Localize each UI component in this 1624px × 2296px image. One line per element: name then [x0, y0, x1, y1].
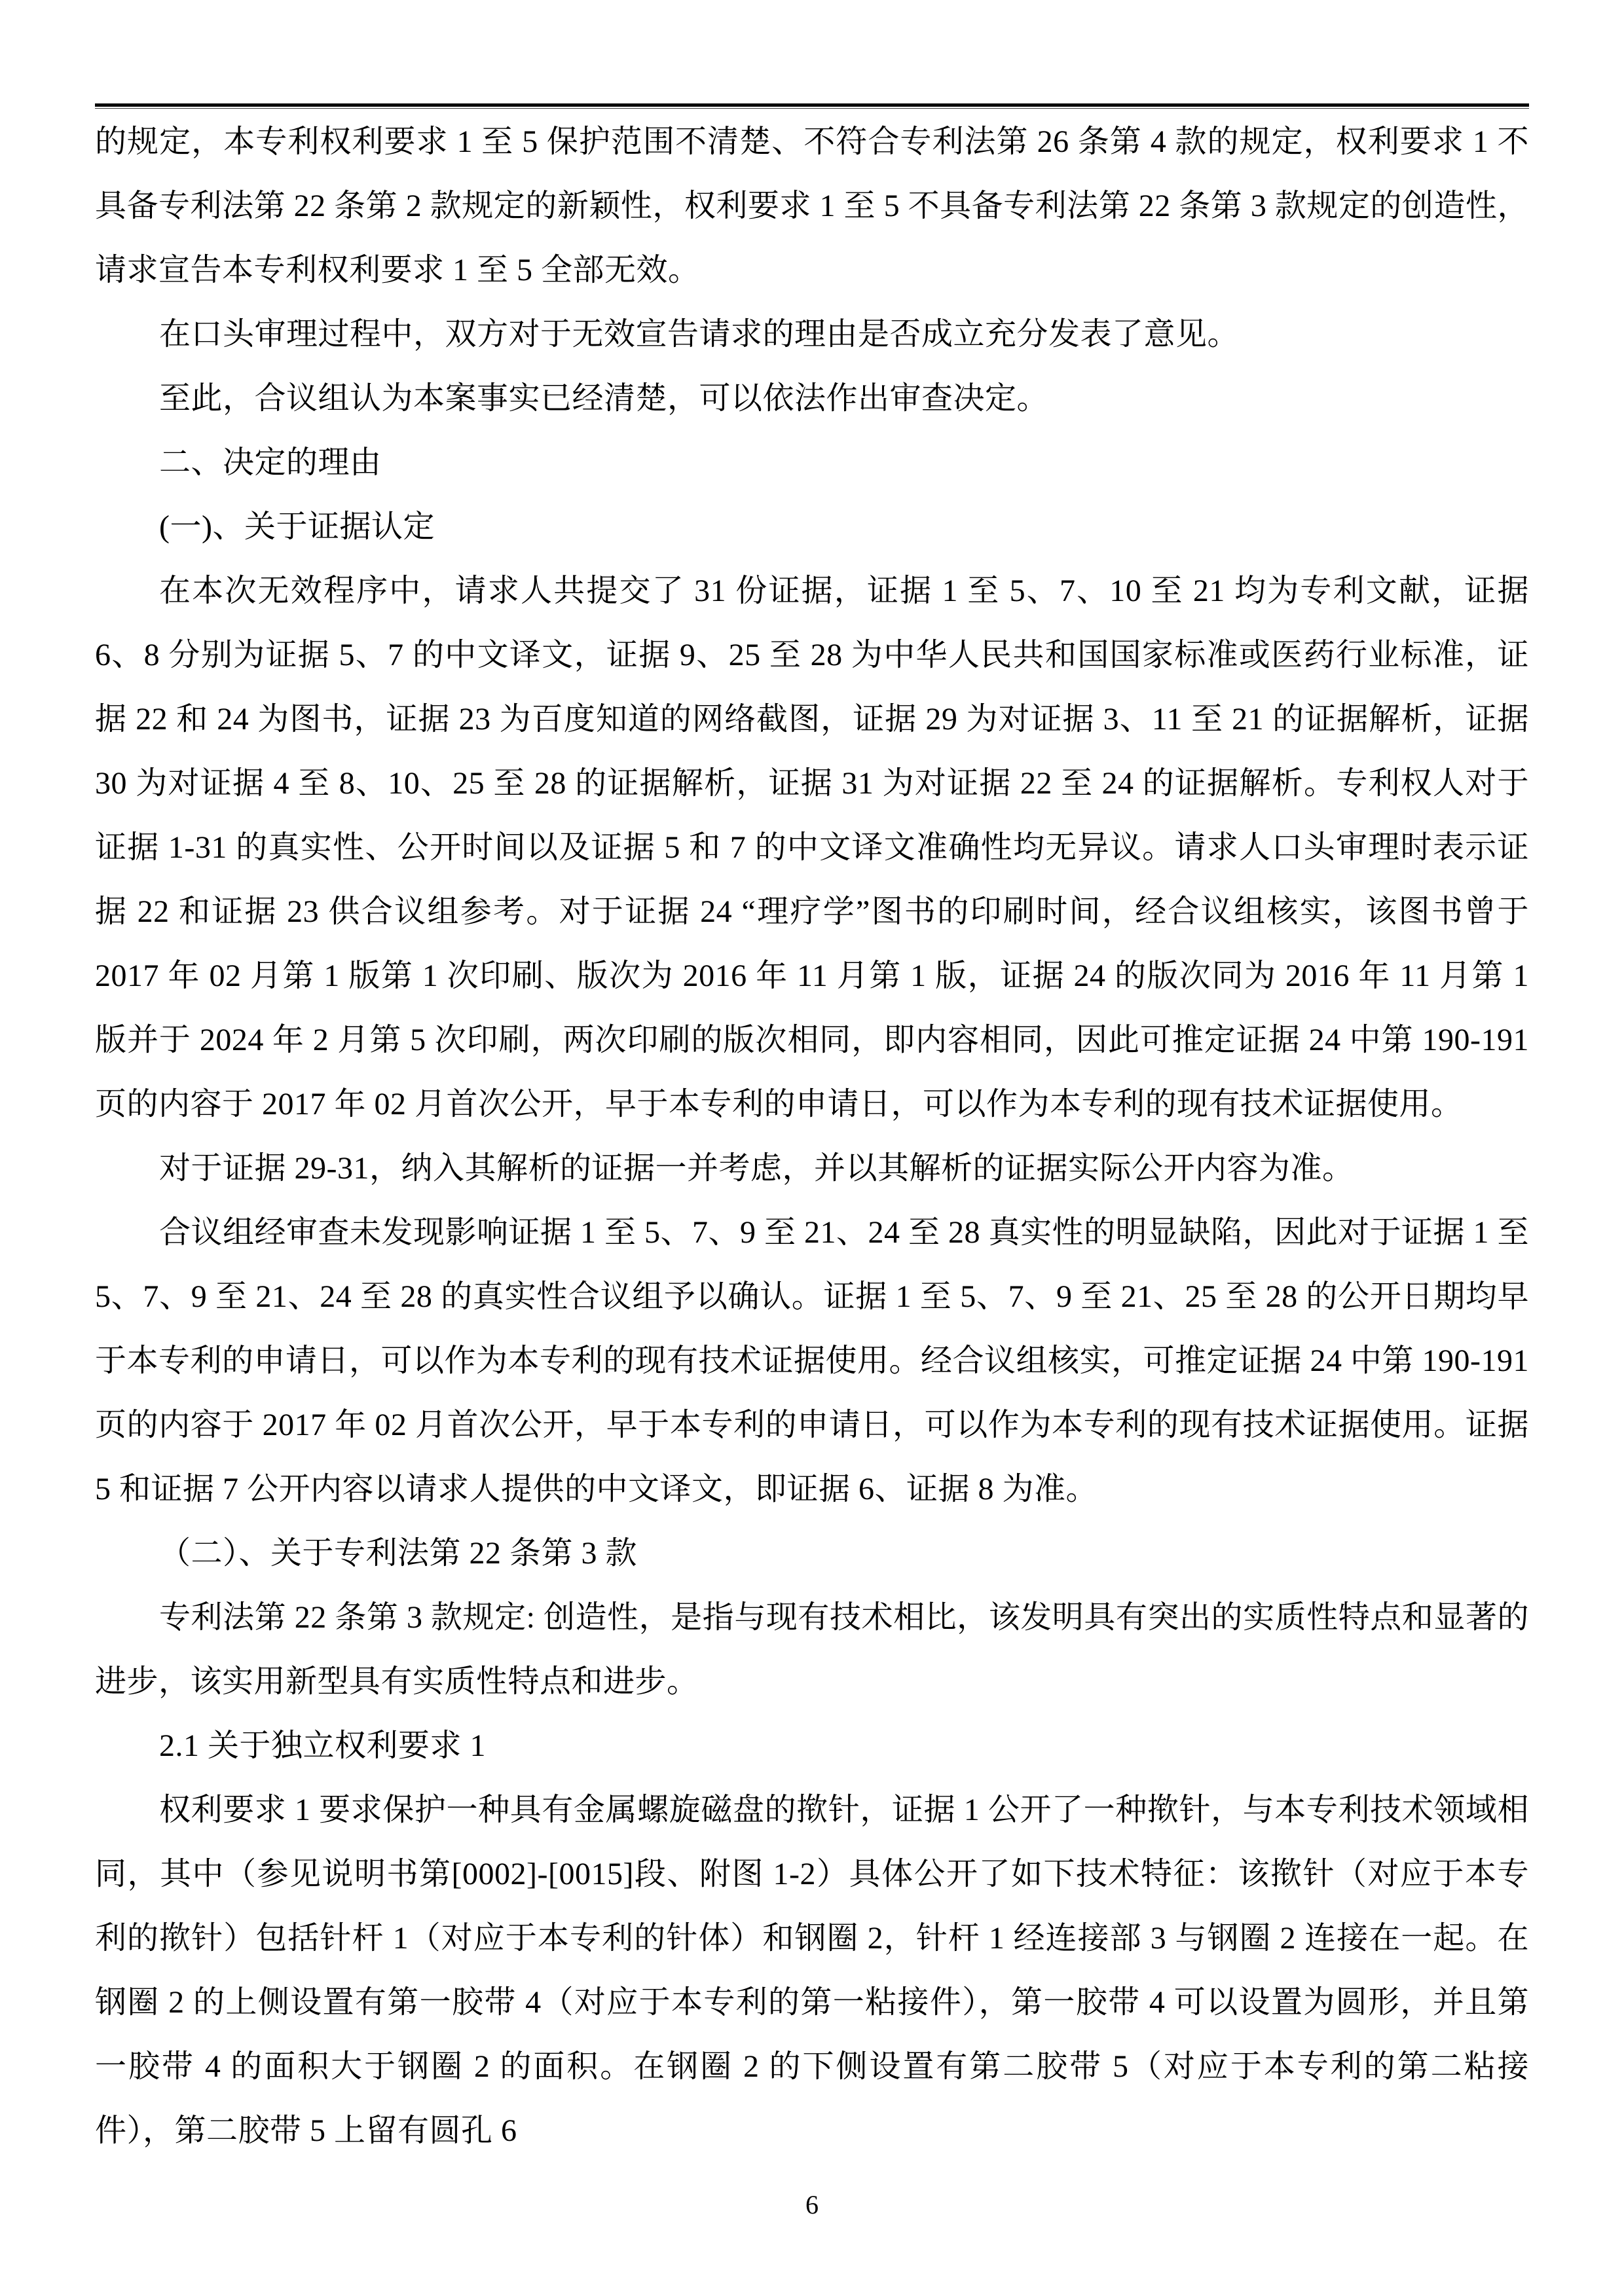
paragraph-5: (一)、关于证据认定	[95, 495, 1529, 559]
document-page: 的规定，本专利权利要求 1 至 5 保护范围不清楚、不符合专利法第 26 条第 …	[0, 0, 1624, 2296]
paragraph-1: 的规定，本专利权利要求 1 至 5 保护范围不清楚、不符合专利法第 26 条第 …	[95, 110, 1529, 302]
paragraph-2: 在口头审理过程中，双方对于无效宣告请求的理由是否成立充分发表了意见。	[95, 302, 1529, 367]
document-body: 的规定，本专利权利要求 1 至 5 保护范围不清楚、不符合专利法第 26 条第 …	[95, 110, 1529, 2163]
paragraph-6: 在本次无效程序中，请求人共提交了 31 份证据，证据 1 至 5、7、10 至 …	[95, 559, 1529, 1137]
paragraph-9: （二）、关于专利法第 22 条第 3 款	[95, 1522, 1529, 1586]
paragraph-12: 权利要求 1 要求保护一种具有金属螺旋磁盘的揿针，证据 1 公开了一种揿针，与本…	[95, 1778, 1529, 2163]
paragraph-11: 2.1 关于独立权利要求 1	[95, 1714, 1529, 1778]
paragraph-10: 专利法第 22 条第 3 款规定: 创造性，是指与现有技术相比，该发明具有突出的…	[95, 1586, 1529, 1714]
paragraph-8: 合议组经审查未发现影响证据 1 至 5、7、9 至 21、24 至 28 真实性…	[95, 1201, 1529, 1522]
paragraph-4: 二、决定的理由	[95, 431, 1529, 495]
paragraph-7: 对于证据 29-31，纳入其解析的证据一并考虑，并以其解析的证据实际公开内容为准…	[95, 1137, 1529, 1201]
paragraph-3: 至此，合议组认为本案事实已经清楚，可以依法作出审查决定。	[95, 367, 1529, 431]
header-rule	[95, 103, 1529, 109]
page-number: 6	[0, 2185, 1624, 2225]
